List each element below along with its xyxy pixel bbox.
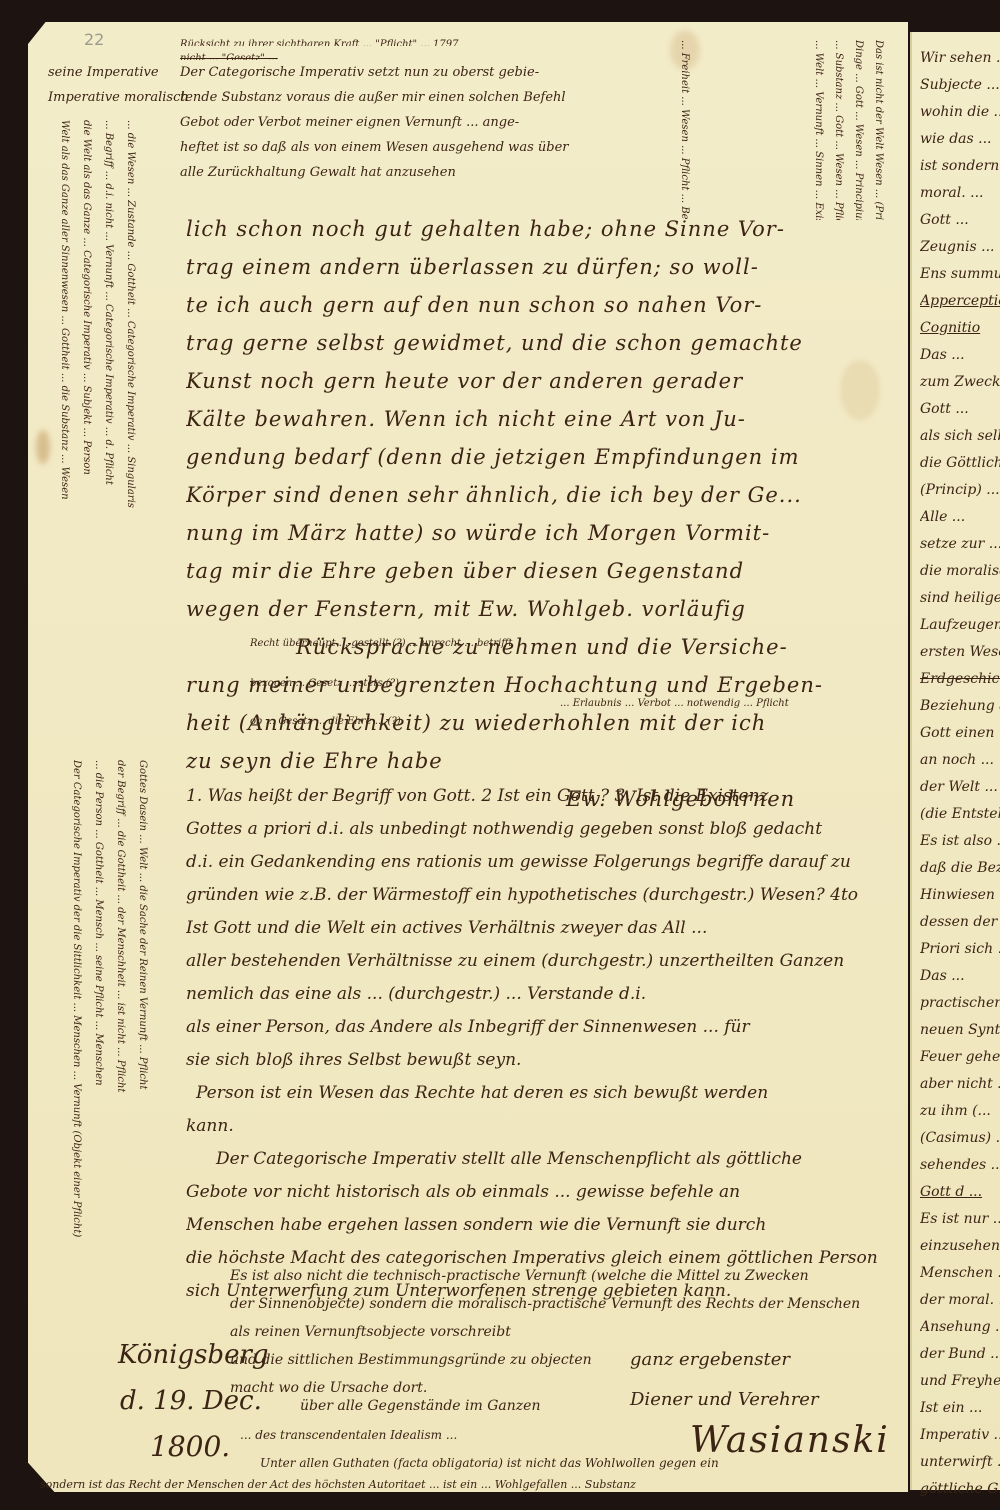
left-margin-vertical-text: der Begriff ... die Gottheit ... der Men… — [114, 760, 127, 1320]
text-line: Der Categorische Imperativ stellt alle M… — [186, 1143, 896, 1176]
margin-note-line: Imperative moralisch — [48, 85, 189, 110]
text-line: ersten Wesen ... — [920, 639, 1000, 666]
text-line: heftet ist so daß als von einem Wesen au… — [180, 135, 650, 160]
text-line: Priori sich ... — [920, 936, 1000, 963]
text-line: moral. ... — [920, 180, 1000, 207]
text-line: Es ist also ... — [920, 828, 1000, 855]
top-margin-vertical-text: Das ist nicht der Welt Wesen ... (Princi… — [872, 40, 885, 220]
text-line: Rücksicht zu ihrer sichtbaren Kraft ... … — [180, 32, 650, 46]
text-line: Zeugnis ... — [920, 234, 1000, 261]
text-line: als einer Person, das Andere als Inbegri… — [186, 1011, 896, 1044]
text-line: aber nicht ... — [920, 1071, 1000, 1098]
left-margin-vertical-text: die Welt als das Ganze ... Categorische … — [80, 120, 93, 720]
text-line: aller bestehenden Verhältnisse zu einem … — [186, 945, 896, 978]
interlinear-note: Recht überhaupt ... gestellt (?) ... unr… — [250, 638, 512, 649]
text-line: dessen der ... — [920, 909, 1000, 936]
left-margin-note: seine Imperative Imperative moralisch — [48, 60, 189, 110]
left-margin-vertical-text: ... die Wesen ... Zustande ... Gottheit … — [124, 120, 137, 720]
text-line: alle Zurückhaltung Gewalt hat anzusehen — [180, 160, 650, 185]
page-number: 22 — [84, 30, 104, 49]
text-line: wie das ... — [920, 126, 1000, 153]
text-line: unterwirft ... — [920, 1449, 1000, 1476]
ink-stain — [36, 430, 50, 464]
text-line: Kälte bewahren. Wenn ich nicht eine Art … — [186, 400, 896, 438]
top-margin-vertical-text: Dinge ... Gott ... Wesen ... Principium — [852, 40, 865, 220]
text-line: sind heiligen ... — [920, 585, 1000, 612]
text-line: Alle ... — [920, 504, 1000, 531]
top-annotation-block: Rücksicht zu ihrer sichtbaren Kraft ... … — [180, 32, 650, 185]
text-line: die Göttliche ... — [920, 450, 1000, 477]
text-line: Körper sind denen sehr ähnlich, die ich … — [186, 476, 896, 514]
text-line: der Welt ... — [920, 774, 1000, 801]
text-line: gründen wie z.B. der Wärmestoff ein hypo… — [186, 879, 896, 912]
salutation-line: Diener und Verehrer — [630, 1380, 819, 1420]
text-line: setze zur ... — [920, 531, 1000, 558]
text-line: Es ist nur ... — [920, 1206, 1000, 1233]
text-line: einzusehen ... — [920, 1233, 1000, 1260]
top-margin-vertical-text: ... Substanz ... Gott ... Wesen ... Pfli… — [832, 40, 845, 220]
text-line: Ist Gott und die Welt ein actives Verhäl… — [186, 912, 896, 945]
text-line: Das ... — [920, 963, 1000, 990]
left-margin-vertical-text: Gottes Dasein ... Welt ... die Sache der… — [136, 760, 149, 1320]
text-line: wegen der Fenstern, mit Ew. Wohlgeb. vor… — [186, 590, 896, 628]
closing-salutation: ganz ergebenster Diener und Verehrer — [630, 1340, 819, 1420]
text-line: Gebote vor nicht historisch als ob einma… — [186, 1176, 896, 1209]
text-line: Ist ein ... — [920, 1395, 1000, 1422]
text-line: lich schon noch gut gehalten habe; ohne … — [186, 210, 896, 248]
text-line: Wir sehen ... — [920, 45, 1000, 72]
text-line: Apperception — [920, 288, 1000, 315]
text-line: Menschen habe ergehen lassen sondern wie… — [186, 1209, 896, 1242]
text-line: sie sich bloß ihres Selbst bewußt seyn. — [186, 1044, 896, 1077]
text-line: Kunst noch gern heute vor der anderen ge… — [186, 362, 896, 400]
text-line: und Freyheit ... — [920, 1368, 1000, 1395]
left-margin-vertical-text: ... die Person ... Gottheit ... Mensch .… — [92, 760, 105, 1320]
text-line: tag mir die Ehre geben über diesen Gegen… — [186, 552, 896, 590]
text-line: Menschen ... — [920, 1260, 1000, 1287]
text-line: Das ... — [920, 342, 1000, 369]
text-line: (Princip) ... — [920, 477, 1000, 504]
bottom-note: sondern ist das Recht der Menschen der A… — [40, 1478, 900, 1491]
text-line: zu seyn die Ehre habe — [186, 742, 896, 780]
text-line: sehendes ... — [920, 1152, 1000, 1179]
text-line: neuen Synthese ... — [920, 1017, 1000, 1044]
lower-annotation-text: 1. Was heißt der Begriff von Gott. 2 Ist… — [186, 780, 896, 1308]
text-line: zum Zweck ... — [920, 369, 1000, 396]
text-line: der moral. ... — [920, 1287, 1000, 1314]
text-line: (Casimus) ... — [920, 1125, 1000, 1152]
text-line: Ens summum — [920, 261, 1000, 288]
bottom-note: Unter allen Guthaten (facta obligatoria)… — [260, 1456, 900, 1470]
text-line: trag gerne selbst gewidmet, und die scho… — [186, 324, 896, 362]
text-line: d.i. ein Gedankending ens rationis um ge… — [186, 846, 896, 879]
text-line: Imperativ ... — [920, 1422, 1000, 1449]
text-line: daß die Beziehung ... — [920, 855, 1000, 882]
text-line: Gott einen ... — [920, 720, 1000, 747]
text-line: gendung bedarf (denn die jetzigen Empfin… — [186, 438, 896, 476]
text-line: Gott ... — [920, 207, 1000, 234]
text-line: 1. Was heißt der Begriff von Gott. 2 Ist… — [186, 780, 896, 813]
text-line: tende Substanz voraus die außer mir eine… — [180, 85, 650, 110]
interlinear-note: bezogen ... Gesetz ... stets (?) — [250, 678, 399, 689]
top-margin-vertical-text: ... Freiheit ... Wesen ... Pflicht ... B… — [678, 40, 691, 220]
text-line: Gott ... — [920, 396, 1000, 423]
left-margin-vertical-text: ... Begriff ... d.i. nicht ... Vernunft … — [102, 120, 115, 720]
text-line: die moralische ... — [920, 558, 1000, 585]
text-line: Gott d ... — [920, 1179, 1000, 1206]
text-line: practischen ... — [920, 990, 1000, 1017]
text-line: te ich auch gern auf den nun schon so na… — [186, 286, 896, 324]
date-year: 1800. — [150, 1430, 230, 1463]
text-line: ... des transcendentalen Idealism ... — [240, 1428, 457, 1442]
interlinear-note: ... Erlaubnis ... Verbot ... notwendig .… — [560, 698, 789, 709]
text-line: ist sondern ... — [920, 153, 1000, 180]
text-line: der Sinnenobjecte) sondern die moralisch… — [230, 1290, 910, 1318]
text-line: Der Categorische Imperativ setzt nun zu … — [180, 60, 650, 85]
text-line: Laufzeugen ... — [920, 612, 1000, 639]
text-line: Hinwiesen ... — [920, 882, 1000, 909]
text-line: nicht ... "Gesetz" ... — [180, 46, 650, 60]
signature: Wasianski — [690, 1420, 890, 1461]
left-margin-vertical-text: Welt als das Ganze aller Sinnenwesen ...… — [58, 120, 71, 720]
text-line: göttliche G... — [920, 1476, 1000, 1503]
text-line: der Bund ... — [920, 1341, 1000, 1368]
text-line: über alle Gegenstände im Ganzen — [300, 1398, 540, 1414]
text-line: nung im März hatte) so würde ich Morgen … — [186, 514, 896, 552]
text-line: Person ist ein Wesen das Rechte hat dere… — [186, 1077, 896, 1110]
text-line: Es ist also nicht die technisch-practisc… — [230, 1262, 910, 1290]
text-line: Gottes a priori d.i. als unbedingt nothw… — [186, 813, 896, 846]
margin-note-line: seine Imperative — [48, 60, 189, 85]
date-day: d. 19. Dec. — [120, 1386, 262, 1416]
text-line: trag einem andern überlassen zu dürfen; … — [186, 248, 896, 286]
text-line: Cognitio — [920, 315, 1000, 342]
top-margin-vertical-text: ... Welt ... Vernunft ... Sinnen ... Exi… — [812, 40, 825, 220]
text-line: nemlich das eine als ... (durchgestr.) .… — [186, 978, 896, 1011]
text-line: Subjecte ... — [920, 72, 1000, 99]
text-line: Feuer gehe ... — [920, 1044, 1000, 1071]
text-line: an noch ... — [920, 747, 1000, 774]
place-name: Königsberg — [118, 1340, 269, 1370]
adjacent-page-text: Wir sehen ... Subjecte ... wohin die ...… — [920, 45, 1000, 1503]
text-line: Erdgeschichte ... — [920, 666, 1000, 693]
text-line: zu ihm (... — [920, 1098, 1000, 1125]
text-line: Ansehung ... — [920, 1314, 1000, 1341]
text-line: wohin die ... — [920, 99, 1000, 126]
text-line: als sich selbst ... — [920, 423, 1000, 450]
interlinear-note: ob ... Gesetz ... die Ehre ... (?) — [250, 716, 401, 727]
salutation-line: ganz ergebenster — [630, 1340, 819, 1380]
text-line: (die Entstehung) — [920, 801, 1000, 828]
left-margin-vertical-text: Der Categorische Imperativ der die Sittl… — [70, 760, 83, 1320]
text-line: kann. — [186, 1110, 896, 1143]
text-line: Gebot oder Verbot meiner eignen Vernunft… — [180, 110, 650, 135]
text-line: Beziehung an ... — [920, 693, 1000, 720]
